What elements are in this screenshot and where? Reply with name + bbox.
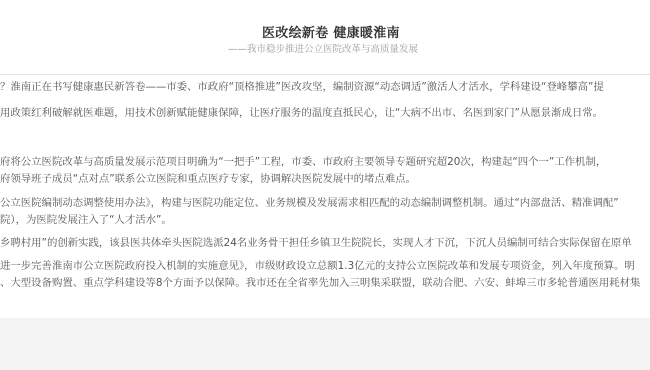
paragraph-2-line-2: 府领导班子成员“点对点”联系公立医院和重点医疗专家，协调解决医院发展中的堵点难点… (0, 172, 416, 186)
paragraph-1-line-1: ？淮南正在书写健康惠民新答卷——市委、市政府“顶格推进”医改攻坚，编制资源“动态… (0, 80, 604, 94)
article-page: 医改绘新卷 健康暖淮南 ——我市稳步推进公立医院改革与高质量发展 ？淮南正在书写… (0, 0, 650, 318)
paragraph-5-line-2: 、大型设备购置、重点学科建设等8个方面予以保障。我市还在全省率先加入三明集采联盟… (0, 276, 640, 290)
paragraph-3-line-1: 公立医院编制动态调整使用办法》，构建与医院功能定位、业务规模及发展需求相匹配的动… (0, 196, 619, 210)
paragraph-3-line-2: 院），为医院发展注入了“人才活水”。 (0, 213, 172, 227)
paragraph-5-line-1: 进一步完善淮南市公立医院政府投入机制的实施意见》，市级财政设立总额1.3亿元的支… (0, 259, 635, 273)
paragraph-1-line-2: 用政策红利破解就医难题，用技术创新赋能健康保障，让医疗服务的温度直抵民心，让“大… (0, 106, 603, 120)
article-body: ？淮南正在书写健康惠民新答卷——市委、市政府“顶格推进”医改攻坚，编制资源“动态… (0, 75, 650, 318)
article-header: 医改绘新卷 健康暖淮南 ——我市稳步推进公立医院改革与高质量发展 (0, 0, 650, 74)
page-title: 医改绘新卷 健康暖淮南 (262, 22, 400, 41)
page-footer-background (0, 318, 650, 370)
paragraph-4-line-1: 乡聘村用”的创新实践，该县医共体牵头医院选派24名业务骨干担任乡镇卫生院院长，实… (0, 236, 632, 250)
paragraph-2-line-1: 府将公立医院改革与高质量发展示范项目明确为“一把手”工程，市委、市政府主要领导专… (0, 155, 606, 169)
page-subtitle: ——我市稳步推进公立医院改革与高质量发展 (228, 41, 418, 55)
